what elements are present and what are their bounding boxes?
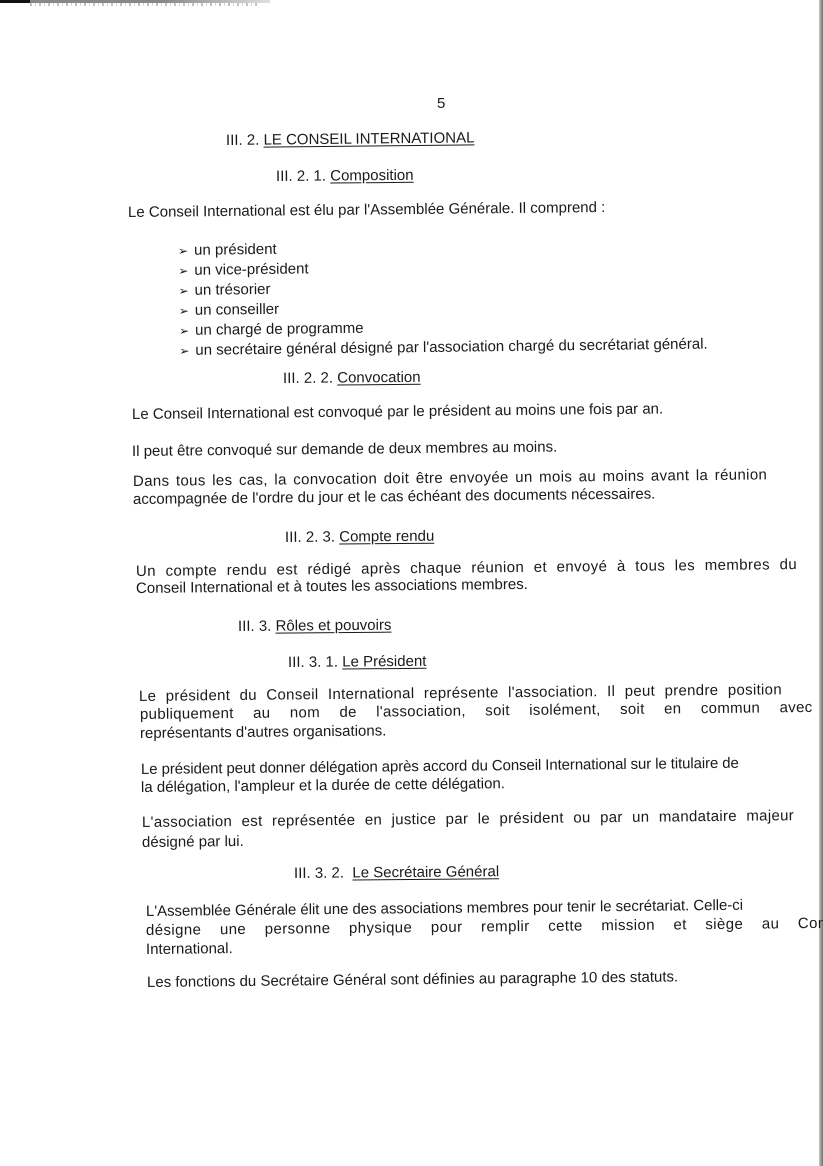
list-item-text: un président [194, 241, 277, 259]
list-item-text: un chargé de programme [195, 320, 364, 339]
heading-section-3-2-3: III. 2. 3. Compte rendu [285, 528, 434, 547]
heading-section-3-3-1: III. 3. 1. Le Président [288, 653, 427, 672]
heading-title: LE CONSEIL INTERNATIONAL [263, 129, 474, 148]
heading-number: III. 3. 1. [288, 654, 338, 671]
heading-section-3-2: III. 2. LE CONSEIL INTERNATIONAL [226, 129, 475, 150]
arrow-bullet-icon: ➢ [179, 282, 195, 301]
scanned-page: 5 III. 2. LE CONSEIL INTERNATIONAL III. … [0, 0, 823, 1166]
arrow-bullet-icon: ➢ [178, 242, 194, 261]
heading-section-3-3-2: III. 3. 2. Le Secrétaire Général [294, 863, 499, 883]
composition-list: ➢un président ➢un vice-président ➢un tré… [178, 235, 708, 361]
list-item-text: un trésorier [194, 281, 270, 299]
heading-number: III. 2. 2. [283, 370, 333, 387]
heading-title: Rôles et pouvoirs [275, 617, 391, 635]
heading-number: III. 2. [226, 132, 260, 149]
heading-title: Le Président [342, 653, 426, 671]
heading-section-3-2-2: III. 2. 2. Convocation [283, 369, 421, 388]
arrow-bullet-icon: ➢ [178, 262, 194, 281]
composition-intro: Le Conseil International est élu par l'A… [128, 199, 605, 222]
secretaire-paragraph-2: Les fonctions du Secrétaire Général sont… [147, 968, 678, 992]
heading-number: III. 3. 2. [294, 865, 344, 882]
convocation-paragraph-2: Il peut être convoqué sur demande de deu… [132, 439, 557, 461]
page-edge-shadow [819, 0, 823, 1166]
list-item-text: un vice-président [194, 260, 308, 278]
scan-noise-top [30, 3, 260, 6]
heading-number: III. 2. 3. [285, 529, 335, 546]
arrow-bullet-icon: ➢ [179, 322, 195, 341]
heading-section-3-2-1: III. 2. 1. Composition [276, 167, 414, 186]
compte-rendu-paragraph-line-2: Conseil International et à toutes les as… [136, 576, 528, 598]
heading-title: Le Secrétaire Général [352, 863, 499, 881]
secretaire-paragraph-1-line-3: International. [146, 940, 233, 959]
list-item-text: un secrétaire général désigné par l'asso… [195, 336, 708, 359]
page-number: 5 [437, 95, 445, 113]
president-paragraph-2-line-2: la délégation, l'ampleur et la durée de … [141, 775, 505, 797]
heading-number: III. 3. [238, 618, 272, 635]
heading-section-3-3: III. 3. Rôles et pouvoirs [238, 617, 392, 636]
arrow-bullet-icon: ➢ [179, 342, 195, 361]
president-paragraph-1-line-3: représentants d'autres organisations. [140, 722, 387, 743]
president-paragraph-3-line-1: L'association est représentée en justice… [142, 807, 794, 832]
convocation-paragraph-1: Le Conseil International est convoqué pa… [132, 400, 663, 424]
heading-title: Composition [330, 167, 414, 185]
list-item-text: un conseiller [195, 301, 279, 319]
arrow-bullet-icon: ➢ [179, 302, 195, 321]
heading-title: Compte rendu [339, 528, 434, 546]
heading-title: Convocation [337, 369, 421, 387]
president-paragraph-3-line-2: désigné par lui. [142, 833, 244, 852]
heading-number: III. 2. 1. [276, 168, 326, 185]
